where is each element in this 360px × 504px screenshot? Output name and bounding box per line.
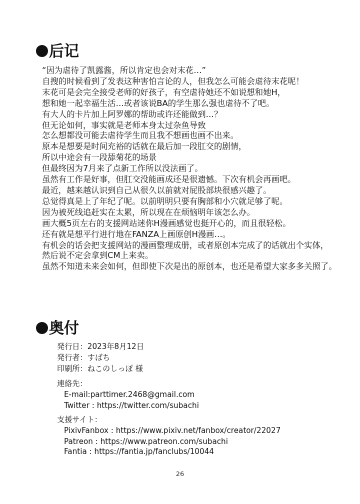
afterword-title: 后记	[49, 40, 79, 61]
page-number: 26	[0, 470, 360, 478]
publisher: 発行者：すばち	[57, 353, 144, 364]
afterword-line: 自搜的时候看到了发表这种害怕言论的人，但我怎么可能会虐待末花呢！	[42, 76, 352, 87]
afterword-line: 想和她一起幸福生活…或者该说BA的学生那么强也虐待不了吧。	[42, 98, 352, 109]
afterword-line: 末花可是会完全接受老师的好孩子，有空虐待她还不如说想和她H，	[42, 87, 352, 98]
afterword-line: 怎么想都没可能去虐待学生而且我不想画也画不出来。	[42, 130, 352, 141]
support-patreon: Patreon : https://www.patreon.com/subach…	[57, 437, 281, 448]
bullet-dot-icon	[36, 45, 48, 57]
support-label: 支援サイト：	[57, 415, 281, 426]
afterword-line: “因为虐待了凯露酱，所以肯定也会对末花…”	[42, 65, 352, 76]
afterword-line: 然后说不定会拿到CM上来卖。	[42, 250, 352, 261]
afterword-heading: 后记	[36, 40, 79, 61]
contact-email: E-mail:parttimer.2468@gmail.com	[57, 390, 199, 401]
support-fantia: Fantia : https://fantia.jp/fanclubs/1004…	[57, 447, 281, 458]
afterword-line: 虽然不知道未来会如何，但即使下次是出的原创本，也还是希望大家多多关照了。	[42, 261, 352, 272]
contact-label: 連絡先：	[57, 379, 199, 390]
contact-twitter: Twitter : https://twitter.com/subachi	[57, 401, 199, 412]
afterword-line: 虽然有工作是好事，但肛交没能画成还是很遗憾。下次有机会再画吧。	[42, 174, 352, 185]
support-sites: 支援サイト： PixivFanbox : https://www.pixiv.n…	[57, 415, 281, 458]
publish-date: 発行日：2023年8月12日	[57, 342, 144, 353]
support-pixiv: PixivFanbox : https://www.pixiv.net/fanb…	[57, 426, 281, 437]
afterword-line: 因为被死线追赶实在太累，所以现在在烦恼明年该怎么办。	[42, 207, 352, 218]
afterword-line: 有机会的话会把支援网站的漫画整理成册，或者原创本完成了的话就出个实体，	[42, 240, 352, 251]
colophon-heading: 奥付	[36, 317, 79, 338]
bullet-dot-icon	[36, 322, 48, 334]
afterword-line: 有大人的卡片加上阿罗娜的帮助或许还能做到…？	[42, 109, 352, 120]
printer: 印刷所：ねこのしっぽ 様	[57, 364, 144, 375]
contact-info: 連絡先： E-mail:parttimer.2468@gmail.com Twi…	[57, 379, 199, 411]
afterword-line: 原本是想要是时间充裕的话就在最后加一段肛交的剧情，	[42, 141, 352, 152]
afterword-line: 总觉得真是上了年纪了呢。以前明明只要有胸部和小穴就足够了呢。	[42, 196, 352, 207]
afterword-line: 但最终因为7月来了点新工作所以没法画了。	[42, 163, 352, 174]
afterword-line: 最近，越来越认识到自己从很久以前就对屁股部块很感兴趣了。	[42, 185, 352, 196]
afterword-body: “因为虐待了凯露酱，所以肯定也会对末花…” 自搜的时候看到了发表这种害怕言论的人…	[42, 65, 352, 272]
afterword-line: 所以中途会有一段舔菊花的场景	[42, 152, 352, 163]
afterword-line: 但无论如何，事实就是老师本身太过杂鱼导致	[42, 120, 352, 131]
colophon-info: 発行日：2023年8月12日 発行者：すばち 印刷所：ねこのしっぽ 様	[57, 342, 144, 375]
afterword-line: 画大概5页左右的支援网站迷你H漫画感觉也挺开心的，而且很轻松。	[42, 218, 352, 229]
afterword-line: 还有就是想平行进行地在FANZA上画原创H漫画…。	[42, 229, 352, 240]
colophon-title: 奥付	[49, 317, 79, 338]
